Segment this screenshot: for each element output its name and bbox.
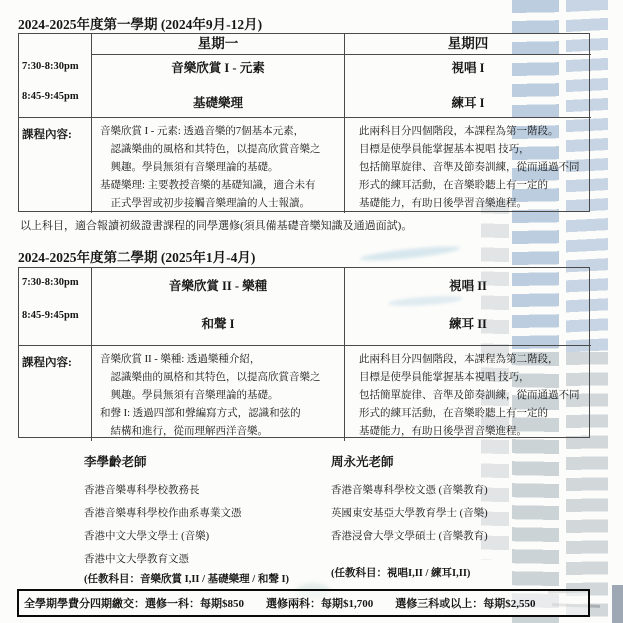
teacher-credential: 英國東安基亞大學教育學士 (音樂) <box>331 502 596 525</box>
course-name: 視唱 II <box>345 276 591 294</box>
teacher-credential: 香港音樂專科學校文憑 (音樂教育) <box>331 479 596 502</box>
teacher-credential: 香港中文大學教育文憑 <box>84 548 329 571</box>
teacher-credential: 香港中文大學文學士 (音樂) <box>84 525 329 548</box>
semester2-title: 2024-2025年度第二學期 (2025年1月-4月) <box>18 246 255 266</box>
teacher-name: 李學齡老師 <box>84 452 329 470</box>
course-name: 基礎樂理 <box>92 93 344 111</box>
course-name: 音樂欣賞 I - 元素 <box>92 58 344 76</box>
ink-smudge <box>360 244 460 263</box>
course-content-thursday: 此兩科目分四個階段，本課程為第二階段， 目標是使學員能掌握基本視唱 技巧， 包括… <box>344 345 591 441</box>
course-content-monday: 音樂欣賞 I - 元素: 透過音樂的7個基本元素， 認識樂曲的風格和其特色，以提… <box>91 117 344 213</box>
teacher-subjects: (任教科目：視唱I,II / 練耳I,II) <box>331 565 596 580</box>
teacher-subjects: (任教科目：音樂欣賞 I,II / 基礎樂理 / 和聲 I) <box>84 571 329 586</box>
course-name: 和聲 I <box>92 314 344 332</box>
course-name: 視唱 I <box>345 58 591 76</box>
tuition-fee-text: 全學期學費分四期繳交：選修一科：每期$850 選修兩科：每期$1,700 選修三… <box>24 595 536 611</box>
course-schedule-document: 2024-2025年度第一學期 (2024年9月-12月) 7:30-8:30p… <box>0 0 623 623</box>
semester1-title: 2024-2025年度第一學期 (2024年9月-12月) <box>18 13 262 33</box>
scan-edge-mark <box>612 585 623 623</box>
teacher-credential: 香港音樂專科學校作曲系專業文憑 <box>84 502 329 525</box>
time-slot-1: 7:30-8:30pm <box>22 277 91 288</box>
semester1-timetable: 7:30-8:30pm 8:45-9:45pm 星期一 星期四 音樂欣賞 I -… <box>18 33 590 212</box>
time-column: 7:30-8:30pm 8:45-9:45pm <box>19 268 91 345</box>
time-slot-2: 8:45-9:45pm <box>22 91 91 102</box>
course-content-label: 課程內容: <box>19 117 91 213</box>
course-content-label: 課程內容: <box>19 345 91 441</box>
monday-courses: 音樂欣賞 I - 元素 基礎樂理 <box>91 55 344 117</box>
time-slot-1: 7:30-8:30pm <box>22 61 91 72</box>
course-name: 音樂欣賞 II - 樂種 <box>92 276 344 294</box>
teacher-credential: 香港音樂專科學校教務長 <box>84 479 329 502</box>
teacher-name: 周永光老師 <box>331 452 596 470</box>
monday-header: 星期一 <box>91 34 344 55</box>
semester2-timetable: 7:30-8:30pm 8:45-9:45pm 音樂欣賞 II - 樂種 和聲 … <box>18 267 590 438</box>
time-column: 7:30-8:30pm 8:45-9:45pm <box>19 34 91 117</box>
thursday-header: 星期四 <box>344 34 591 55</box>
course-content-monday: 音樂欣賞 II - 樂種: 透過樂種介紹， 認識樂曲的風格和其特色，以提高欣賞音… <box>91 345 344 441</box>
teacher-profile-chow: 周永光老師 香港音樂專科學校文憑 (音樂教育) 英國東安基亞大學教育學士 (音樂… <box>331 452 596 580</box>
monday-courses: 音樂欣賞 II - 樂種 和聲 I <box>91 268 344 345</box>
teacher-credential: 香港浸會大學文學碩士 (音樂教育) <box>331 525 596 548</box>
course-name: 練耳 II <box>345 314 591 332</box>
thursday-courses: 視唱 II 練耳 II <box>344 268 591 345</box>
course-name: 練耳 I <box>345 93 591 111</box>
tuition-fee-box: 全學期學費分四期繳交：選修一科：每期$850 選修兩科：每期$1,700 選修三… <box>17 589 590 617</box>
course-content-thursday: 此兩科目分四個階段，本課程為第一階段。 目標是使學員能掌握基本視唱 技巧， 包括… <box>344 117 591 213</box>
thursday-courses: 視唱 I 練耳 I <box>344 55 591 117</box>
time-slot-2: 8:45-9:45pm <box>22 310 91 321</box>
teacher-profile-li: 李學齡老師 香港音樂專科學校教務長 香港音樂專科學校作曲系專業文憑 香港中文大學… <box>84 452 329 580</box>
enrollment-note: 以上科目，適合報讀初級證書課程的同學選修(須具備基礎音樂知識及通過面試)。 <box>20 217 412 233</box>
